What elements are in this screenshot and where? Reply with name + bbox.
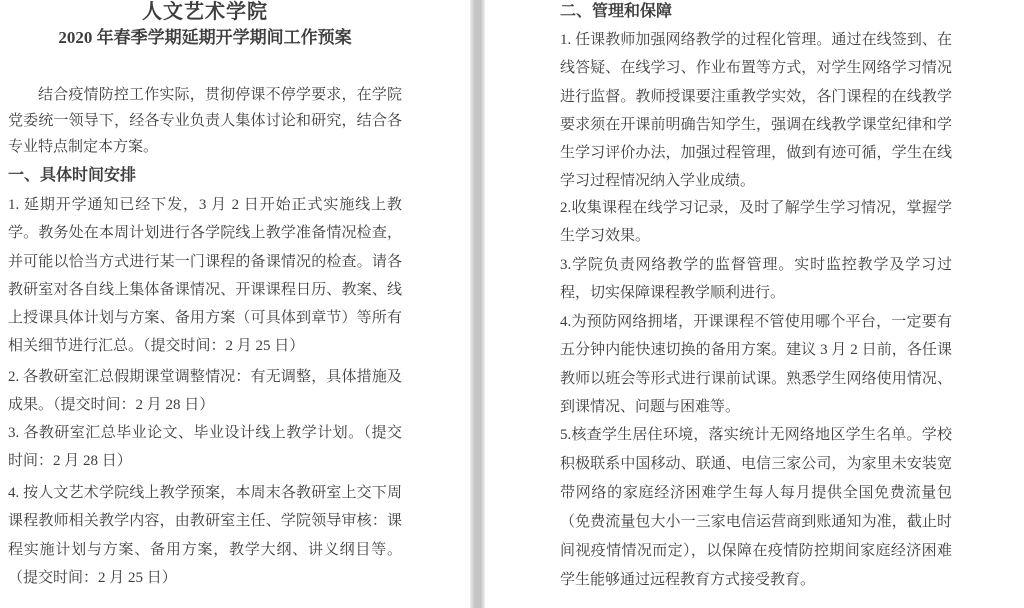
- section-1-heading: 一、具体时间安排: [8, 163, 402, 189]
- section-2-item-1: 1. 任课教师加强网络教学的过程化管理。通过在线签到、在线答疑、在线学习、作业布…: [560, 26, 952, 196]
- section-2-item-5: 5.核查学生居住环境，落实统计无网络地区学生名单。学校积极联系中国移动、联通、电…: [560, 421, 952, 595]
- document-viewer: 人文艺术学院 2020 年春季学期延期开学期间工作预案 结合疫情防控工作实际，贯…: [0, 0, 1024, 608]
- section-1-item-2: 2. 各教研室汇总假期课堂调整情况：有无调整，具体措施及成果。（提交时间：2 月…: [8, 363, 402, 420]
- intro-paragraph: 结合疫情防控工作实际，贯彻停课不停学要求，在学院党委统一领导下，经各专业负责人集…: [8, 82, 402, 160]
- section-1-item-1: 1. 延期开学通知已经下发，3 月 2 日开始正式实施线上教学。教务处在本周计划…: [8, 191, 402, 361]
- section-2-item-4: 4.为预防网络拥堵，开课课程不管使用哪个平台，一定要有五分钟内能快速切换的备用方…: [560, 308, 952, 421]
- page-right: 二、管理和保障 1. 任课教师加强网络教学的过程化管理。通过在线签到、在线答疑、…: [485, 0, 1024, 608]
- section-1-item-3: 3. 各教研室汇总毕业论文、毕业设计线上教学计划。（提交时间：2 月 28 日）: [8, 419, 402, 476]
- doc-subtitle: 2020 年春季学期延期开学期间工作预案: [8, 26, 402, 50]
- doc-title: 人文艺术学院: [8, 0, 402, 24]
- section-2-item-2: 2.收集课程在线学习记录，及时了解学生学习情况，掌握学生学习效果。: [560, 194, 952, 251]
- page-left: 人文艺术学院 2020 年春季学期延期开学期间工作预案 结合疫情防控工作实际，贯…: [0, 0, 470, 608]
- section-2-item-3: 3.学院负责网络教学的监督管理。实时监控教学及学习过程，切实保障课程教学顺利进行…: [560, 251, 952, 308]
- section-1-item-4: 4. 按人文艺术学院线上教学预案，本周末各教研室上交下周课程教师相关教学内容，由…: [8, 479, 402, 592]
- section-2-heading: 二、管理和保障: [560, 0, 952, 25]
- page-gap-divider: [470, 0, 485, 608]
